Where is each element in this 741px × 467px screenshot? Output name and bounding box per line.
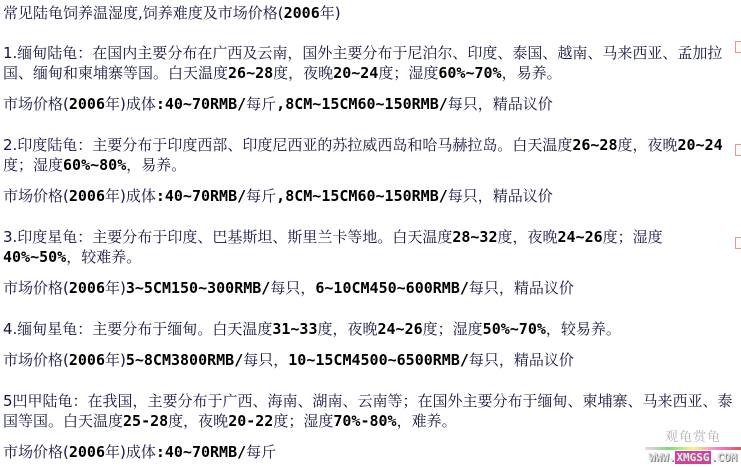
page-title: 常见陆龟饲养温湿度,饲养难度及市场价格(2006年) xyxy=(3,3,739,23)
price-line: 市场价格(2006年)5~8CM3800RMB/每只，10~15CM4500~6… xyxy=(3,350,739,370)
species-paragraph: 3.印度星龟：主要分布于印度、巴基斯坦、斯里兰卡等地。白天温度28~32度，夜晚… xyxy=(3,227,739,267)
watermark-url-site: XMGSG xyxy=(675,451,710,464)
watermark-url-suffix: .COM xyxy=(711,451,738,464)
document-body: 常见陆龟饲养温湿度,饲养难度及市场价格(2006年)1.缅甸陆龟：在国内主要分布… xyxy=(0,0,741,462)
species-paragraph: 1.缅甸陆龟：在国内主要分布在广西及云南，国外主要分布于尼泊尔、印度、泰国、越南… xyxy=(3,43,739,83)
red-edge-mark xyxy=(735,237,741,249)
red-edge-mark xyxy=(735,41,741,53)
species-paragraph: 4.缅甸星龟：主要分布于缅甸。白天温度31~33度，夜晚24~26度；湿度50%… xyxy=(3,319,739,339)
watermark-url-prefix: WWW. xyxy=(649,451,676,464)
price-line: 市场价格(2006年)成体:40~70RMB/每斤,8CM~15CM60~150… xyxy=(3,94,739,114)
watermark-text: 观龟赏龟 xyxy=(645,426,741,445)
watermark: 观龟赏龟 WWW.XMGSG.COM xyxy=(645,426,741,464)
page-background: { "page": { "background": "#ffffff", "te… xyxy=(0,0,741,467)
watermark-url: WWW.XMGSG.COM xyxy=(645,451,741,464)
price-line: 市场价格(2006年)3~5CM150~300RMB/每只，6~10CM450~… xyxy=(3,278,739,298)
watermark-rainbow-line xyxy=(645,447,741,450)
price-line: 市场价格(2006年)成体:40~70RMB/每斤 xyxy=(3,442,739,462)
species-paragraph: 2.印度陆龟：主要分布于印度西部、印度尼西亚的苏拉威西岛和哈马赫拉岛。白天温度2… xyxy=(3,135,739,175)
red-edge-mark xyxy=(735,144,741,156)
species-paragraph: 5凹甲陆龟：在我国，主要分布于广西、海南、湖南、云南等；在国外主要分布于缅甸、柬… xyxy=(3,391,739,431)
price-line: 市场价格(2006年)成体:40~70RMB/每斤,8CM~15CM60~150… xyxy=(3,186,739,206)
